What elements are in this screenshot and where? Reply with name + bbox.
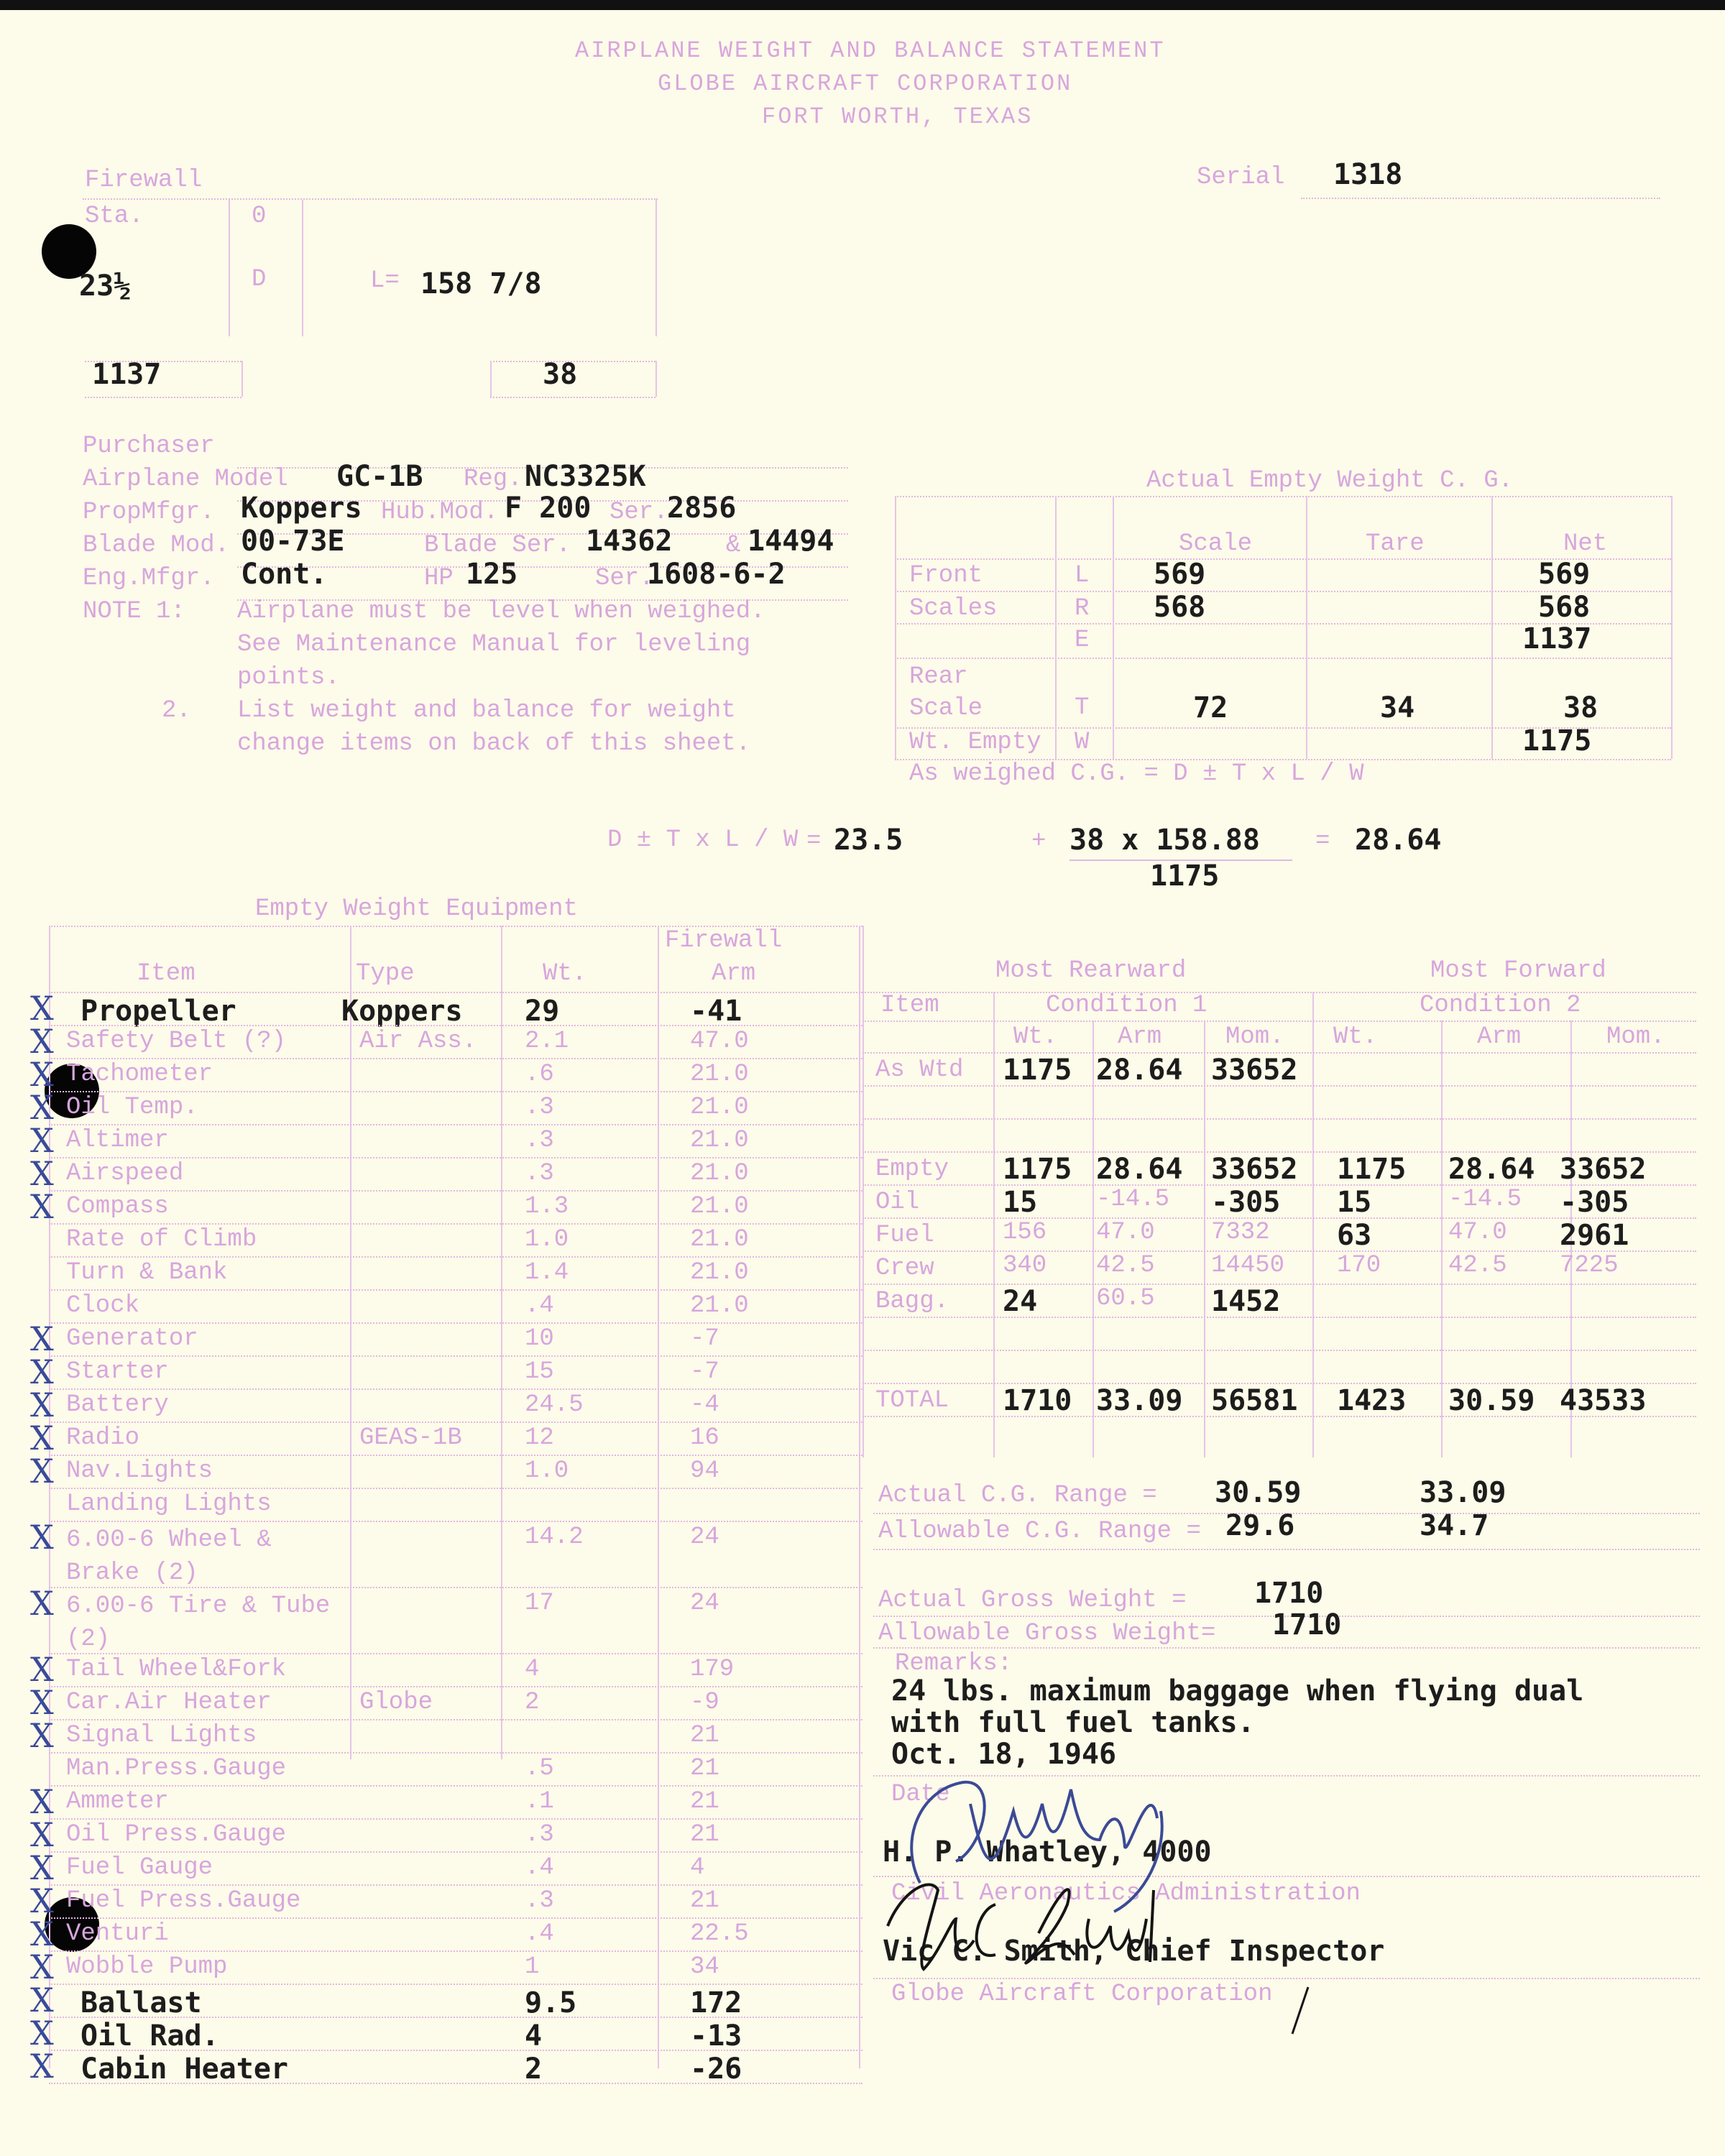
c1-value: 1175 xyxy=(1003,1153,1072,1186)
c1-value: -305 xyxy=(1211,1186,1280,1219)
note2-label: 2. xyxy=(162,697,191,724)
equipment-arm: -9 xyxy=(690,1689,719,1716)
equipment-type: Koppers xyxy=(341,995,463,1028)
condition-item: Fuel xyxy=(875,1222,934,1249)
row-label: Scales xyxy=(909,595,997,622)
c1-value: 47.0 xyxy=(1096,1219,1155,1246)
equals-1: = xyxy=(806,828,821,855)
equipment-weight: .1 xyxy=(525,1788,554,1815)
equipment-weight: .4 xyxy=(525,1854,554,1881)
note1-label: NOTE 1: xyxy=(83,598,185,625)
equipment-item: 6.00-6 Wheel & Brake (2) xyxy=(66,1524,339,1590)
net-value: 1175 xyxy=(1522,724,1591,757)
equipment-weight: .5 xyxy=(525,1755,554,1782)
c1-value: 56581 xyxy=(1211,1384,1297,1417)
col-firewall: Firewall xyxy=(665,927,782,954)
hp-value: 125 xyxy=(466,558,517,591)
blade-ser-value-2: 14494 xyxy=(747,525,834,558)
check-mark-icon: X xyxy=(30,1716,54,1755)
equipment-weight: .3 xyxy=(525,1094,554,1121)
c2-value: -305 xyxy=(1560,1186,1629,1219)
equipment-arm: 21.0 xyxy=(690,1259,749,1286)
equipment-item: Car.Air Heater xyxy=(66,1689,272,1716)
allowable-gross-label: Allowable Gross Weight= xyxy=(878,1620,1215,1647)
equipment-weight: 2 xyxy=(525,2053,542,2086)
cond2-top-label: Most Forward xyxy=(1430,957,1606,985)
purchaser-label: Purchaser xyxy=(83,433,215,460)
equipment-arm: 94 xyxy=(690,1457,719,1485)
equipment-item: Oil Temp. xyxy=(66,1094,198,1121)
eng-ser-label: Ser. xyxy=(595,565,654,592)
c1-value: 28.64 xyxy=(1096,1054,1182,1087)
row-label: Front xyxy=(909,562,983,589)
col-wt: Wt. xyxy=(543,960,586,987)
c1-value: 33.09 xyxy=(1096,1384,1182,1417)
d-value: 23½ xyxy=(79,269,131,303)
blade-ser-label: Blade Ser. xyxy=(424,532,571,559)
prop-mfgr-value: Koppers xyxy=(241,492,362,525)
l-label: L= xyxy=(370,267,400,295)
blade-ser-ampersand: & xyxy=(726,532,740,559)
equipment-item: Rate of Climb xyxy=(66,1226,257,1253)
c2-value: 33652 xyxy=(1560,1153,1646,1186)
equipment-arm: -41 xyxy=(690,995,742,1028)
equipment-arm: 21.0 xyxy=(690,1061,749,1088)
equipment-item: Ballast xyxy=(80,1986,202,2019)
equipment-arm: -4 xyxy=(690,1391,719,1419)
scale-value: 569 xyxy=(1154,558,1205,591)
c2-value: 43533 xyxy=(1560,1384,1646,1417)
pen-mark xyxy=(1287,1984,1315,2041)
equipment-item: Wobble Pump xyxy=(66,1953,227,1981)
c2-value: 7225 xyxy=(1560,1252,1619,1279)
c2-value: 170 xyxy=(1337,1252,1381,1279)
equipment-arm: -13 xyxy=(690,2019,742,2053)
equipment-arm: 21 xyxy=(690,1755,719,1782)
c2-value: 1175 xyxy=(1337,1153,1406,1186)
equipment-arm: 4 xyxy=(690,1854,704,1881)
c2-value: 2961 xyxy=(1560,1219,1629,1252)
scale-value: 72 xyxy=(1193,691,1228,724)
equipment-arm: 179 xyxy=(690,1656,734,1683)
allowable-cg-max: 34.7 xyxy=(1420,1509,1489,1542)
c2-value: 42.5 xyxy=(1448,1252,1507,1279)
equipment-weight: 4 xyxy=(525,2019,542,2053)
c1-value: 340 xyxy=(1003,1252,1046,1279)
scale-value: 568 xyxy=(1154,591,1205,624)
c1-value: 156 xyxy=(1003,1219,1046,1246)
actual-cg-label: Actual C.G. Range = xyxy=(878,1482,1157,1509)
equipment-item: Cabin Heater xyxy=(80,2053,288,2086)
equipment-arm: 21 xyxy=(690,1887,719,1915)
equipment-type: GEAS-1B xyxy=(359,1424,462,1452)
check-mark-icon: X xyxy=(30,1187,54,1226)
equipment-weight: 1 xyxy=(525,1953,539,1981)
signature-smith xyxy=(873,1861,1218,1976)
col-item: Item xyxy=(137,960,195,987)
equipment-arm: 47.0 xyxy=(690,1028,749,1055)
cond2-col-mom: Mom. xyxy=(1606,1023,1665,1051)
cg-formula: D ± T x L / W xyxy=(607,826,798,854)
d-label: D xyxy=(252,266,266,293)
check-mark-icon: X xyxy=(30,2047,54,2086)
equipment-item: Oil Press.Gauge xyxy=(66,1821,286,1848)
condition-item: Crew xyxy=(875,1255,934,1282)
model-label: Airplane Model xyxy=(83,466,288,493)
note1-line2: See Maintenance Manual for leveling xyxy=(237,631,750,658)
numerator: 38 x 158.88 xyxy=(1069,824,1260,857)
blade-mod-value: 00-73E xyxy=(241,525,345,558)
equipment-weight: 17 xyxy=(525,1590,554,1617)
condition-item: Bagg. xyxy=(875,1288,949,1315)
equipment-arm: -26 xyxy=(690,2053,742,2086)
c2-value: 30.59 xyxy=(1448,1384,1535,1417)
c2-value: 63 xyxy=(1337,1219,1371,1252)
company-location: FORT WORTH, TEXAS xyxy=(762,103,1033,130)
d-value-calc: 23.5 xyxy=(834,824,903,857)
equipment-weight: 1.0 xyxy=(525,1457,569,1485)
cond2-col-arm: Arm xyxy=(1477,1023,1521,1051)
c1-value: 24 xyxy=(1003,1285,1037,1318)
cond1-top-label: Most Rearward xyxy=(995,957,1186,985)
firewall-label: Firewall xyxy=(85,167,202,194)
check-mark-icon: X xyxy=(30,1452,54,1491)
eng-ser-value: 1608-6-2 xyxy=(647,558,786,591)
equipment-type: Globe xyxy=(359,1689,433,1716)
eng-mfgr-value: Cont. xyxy=(241,558,327,591)
equipment-item: Safety Belt (?) xyxy=(66,1028,286,1055)
equipment-weight: 10 xyxy=(525,1325,554,1353)
c1-value: 14450 xyxy=(1211,1252,1284,1279)
note2-line2: change items on back of this sheet. xyxy=(237,730,750,757)
equipment-arm: 21.0 xyxy=(690,1226,749,1253)
cond1-col-mom: Mom. xyxy=(1225,1023,1284,1051)
c1-value: 1452 xyxy=(1211,1285,1280,1318)
equipment-item: Compass xyxy=(66,1193,169,1220)
equipment-weight: 9.5 xyxy=(525,1986,576,2019)
c1-value: 1710 xyxy=(1003,1384,1072,1417)
reg-label: Reg. xyxy=(464,466,523,493)
equipment-arm: 16 xyxy=(690,1424,719,1452)
l-value: 158 7/8 xyxy=(420,267,542,300)
net-value: 568 xyxy=(1538,591,1590,624)
cond-col-item: Item xyxy=(880,992,939,1019)
equipment-weight: .4 xyxy=(525,1920,554,1948)
equipment-weight: .3 xyxy=(525,1821,554,1848)
c2-value: 15 xyxy=(1337,1186,1371,1219)
serial-value: 1318 xyxy=(1333,158,1402,191)
actual-cg-min: 30.59 xyxy=(1215,1476,1301,1509)
equipment-item: Ammeter xyxy=(66,1788,169,1815)
equipment-item: Clock xyxy=(66,1292,139,1319)
row-code: E xyxy=(1075,627,1089,654)
equipment-weight: .3 xyxy=(525,1160,554,1187)
equipment-arm: 22.5 xyxy=(690,1920,749,1948)
equipment-item: Battery xyxy=(66,1391,169,1419)
cond1-col-arm: Arm xyxy=(1118,1023,1161,1051)
equipment-item: Propeller xyxy=(80,995,236,1028)
hub-ser-label: Ser. xyxy=(609,499,668,526)
equipment-weight: 24.5 xyxy=(525,1391,584,1419)
equipment-type: Air Ass. xyxy=(359,1028,477,1055)
row-label: Rear Scale xyxy=(909,661,1053,724)
c1-value: -14.5 xyxy=(1096,1186,1169,1213)
allowable-gross-value: 1710 xyxy=(1272,1608,1341,1641)
equipment-item: Landing Lights xyxy=(66,1491,272,1518)
col-arm: Arm xyxy=(712,960,755,987)
equipment-arm: 21.0 xyxy=(690,1094,749,1121)
equipment-item: Altimer xyxy=(66,1127,169,1154)
equipment-arm: 21.0 xyxy=(690,1160,749,1187)
col-net: Net xyxy=(1563,530,1607,558)
equipment-arm: 21.0 xyxy=(690,1193,749,1220)
equipment-weight: 12 xyxy=(525,1424,554,1452)
cg-result: 28.64 xyxy=(1355,824,1441,857)
equipment-arm: 21.0 xyxy=(690,1292,749,1319)
c1-value: 42.5 xyxy=(1096,1252,1155,1279)
actual-cg-max: 33.09 xyxy=(1420,1476,1506,1509)
c1-value: 33652 xyxy=(1211,1054,1297,1087)
equipment-item: Turn & Bank xyxy=(66,1259,227,1286)
empty-weight-cg-title: Actual Empty Weight C. G. xyxy=(1146,467,1513,494)
equipment-weight: .3 xyxy=(525,1887,554,1915)
remarks-line1: 24 lbs. maximum baggage when flying dual xyxy=(891,1674,1583,1708)
equipment-arm: 21.0 xyxy=(690,1127,749,1154)
net-value: 38 xyxy=(1563,691,1598,724)
equipment-item: Generator xyxy=(66,1325,198,1353)
net-value: 569 xyxy=(1538,558,1590,591)
cond1-col-wt: Wt. xyxy=(1013,1023,1057,1051)
model-value: GC-1B xyxy=(336,460,423,493)
equipment-arm: -7 xyxy=(690,1358,719,1386)
col-tare: Tare xyxy=(1366,530,1425,558)
note1-line3: points. xyxy=(237,664,340,691)
station-zero: 0 xyxy=(252,203,266,230)
serial-label: Serial xyxy=(1197,164,1284,191)
scan-top-edge xyxy=(0,0,1725,10)
equipment-weight: 2.1 xyxy=(525,1028,569,1055)
reg-value: NC3325K xyxy=(525,460,646,493)
c2-value: 1423 xyxy=(1337,1384,1406,1417)
c1-value: 28.64 xyxy=(1096,1153,1182,1186)
equipment-item: Signal Lights xyxy=(66,1722,257,1749)
condition-item: Oil xyxy=(875,1189,919,1216)
denominator: 1175 xyxy=(1150,860,1219,893)
c1-value: 1175 xyxy=(1003,1054,1072,1087)
actual-gross-label: Actual Gross Weight = xyxy=(878,1587,1186,1614)
equipment-weight: 1.0 xyxy=(525,1226,569,1253)
equipment-item: Man.Press.Gauge xyxy=(66,1755,286,1782)
row-code: R xyxy=(1075,595,1089,622)
note1-line1: Airplane must be level when weighed. xyxy=(237,598,765,625)
equipment-item: Tail Wheel&Fork xyxy=(66,1656,286,1683)
row-code: T xyxy=(1075,694,1089,722)
cond2-label: Condition 2 xyxy=(1420,992,1581,1019)
equipment-weight: 1.4 xyxy=(525,1259,569,1286)
tare-value: 34 xyxy=(1380,691,1414,724)
equipment-item: Starter xyxy=(66,1358,169,1386)
form-title: AIRPLANE WEIGHT AND BALANCE STATEMENT xyxy=(575,37,1166,64)
equipment-arm: 21 xyxy=(690,1821,719,1848)
e-box-value: 1137 xyxy=(92,358,161,391)
hub-mod-label: Hub.Mod. xyxy=(381,499,498,526)
equipment-weight: 15 xyxy=(525,1358,554,1386)
condition-item: As Wtd xyxy=(875,1056,963,1084)
c1-value: 7332 xyxy=(1211,1219,1270,1246)
hp-label: HP xyxy=(424,565,454,592)
equipment-item: 6.00-6 Tire & Tube (2) xyxy=(66,1590,339,1656)
blade-ser-value-1: 14362 xyxy=(586,525,672,558)
allowable-cg-label: Allowable C.G. Range = xyxy=(878,1518,1201,1545)
equipment-weight: .3 xyxy=(525,1127,554,1154)
equipment-weight: .4 xyxy=(525,1292,554,1319)
equals-2: = xyxy=(1315,828,1330,855)
equipment-weight: 1.3 xyxy=(525,1193,569,1220)
check-mark-icon: X xyxy=(30,1518,54,1557)
equipment-item: Oil Rad. xyxy=(80,2019,219,2053)
prop-mfgr-label: PropMfgr. xyxy=(83,499,215,526)
equipment-arm: 34 xyxy=(690,1953,719,1981)
equipment-item: Radio xyxy=(66,1424,139,1452)
plus-sign: + xyxy=(1031,828,1046,855)
check-mark-icon: X xyxy=(30,1584,54,1623)
blade-mod-label: Blade Mod. xyxy=(83,532,229,559)
c2-value: 47.0 xyxy=(1448,1219,1507,1246)
equipment-arm: 24 xyxy=(690,1524,719,1551)
row-label: Wt. Empty xyxy=(909,729,1041,756)
cond2-col-wt: Wt. xyxy=(1333,1023,1377,1051)
equipment-item: Fuel Gauge xyxy=(66,1854,213,1881)
c1-value: 33652 xyxy=(1211,1153,1297,1186)
hub-mod-value: F 200 xyxy=(505,492,591,525)
row-code: W xyxy=(1075,729,1089,756)
equipment-item: Airspeed xyxy=(66,1160,183,1187)
col-scale: Scale xyxy=(1179,530,1252,558)
cond1-label: Condition 1 xyxy=(1046,992,1207,1019)
hub-ser-value: 2856 xyxy=(667,492,736,525)
c2-value: -14.5 xyxy=(1448,1186,1522,1213)
remarks-label: Remarks: xyxy=(895,1650,1012,1677)
eng-mfgr-label: Eng.Mfgr. xyxy=(83,565,215,592)
allowable-cg-min: 29.6 xyxy=(1225,1509,1294,1542)
c2-value: 28.64 xyxy=(1448,1153,1535,1186)
net-value: 1137 xyxy=(1522,622,1591,655)
equipment-arm: 21 xyxy=(690,1722,719,1749)
equipment-arm: 172 xyxy=(690,1986,742,2019)
equipment-item: Nav.Lights xyxy=(66,1457,213,1485)
equipment-arm: 21 xyxy=(690,1788,719,1815)
equipment-title: Empty Weight Equipment xyxy=(255,895,578,923)
equipment-item: Venturi xyxy=(66,1920,169,1948)
condition-item: Empty xyxy=(875,1156,949,1183)
as-weighed-cg-formula: As weighed C.G. = D ± T x L / W xyxy=(909,760,1364,788)
c1-value: 15 xyxy=(1003,1186,1037,1219)
col-type: Type xyxy=(356,960,415,987)
company-name: GLOBE AIRCRAFT CORPORATION xyxy=(658,70,1072,97)
c1-value: 60.5 xyxy=(1096,1285,1155,1312)
remarks-line2: with full fuel tanks. xyxy=(891,1706,1255,1739)
equipment-item: Fuel Press.Gauge xyxy=(66,1887,300,1915)
equipment-weight: 4 xyxy=(525,1656,539,1683)
actual-gross-value: 1710 xyxy=(1254,1577,1323,1610)
row-code: L xyxy=(1075,562,1089,589)
signer2-org: Globe Aircraft Corporation xyxy=(891,1981,1273,2008)
equipment-arm: 24 xyxy=(690,1590,719,1617)
equipment-weight: 14.2 xyxy=(525,1524,584,1551)
condition-item: TOTAL xyxy=(875,1387,949,1414)
equipment-weight: .6 xyxy=(525,1061,554,1088)
equipment-item: Tachometer xyxy=(66,1061,213,1088)
t-box-value: 38 xyxy=(543,358,577,391)
equipment-weight: 2 xyxy=(525,1689,539,1716)
sta-label: Sta. xyxy=(85,203,144,230)
note2-line1: List weight and balance for weight xyxy=(237,697,736,724)
equipment-arm: -7 xyxy=(690,1325,719,1353)
equipment-weight: 29 xyxy=(525,995,559,1028)
